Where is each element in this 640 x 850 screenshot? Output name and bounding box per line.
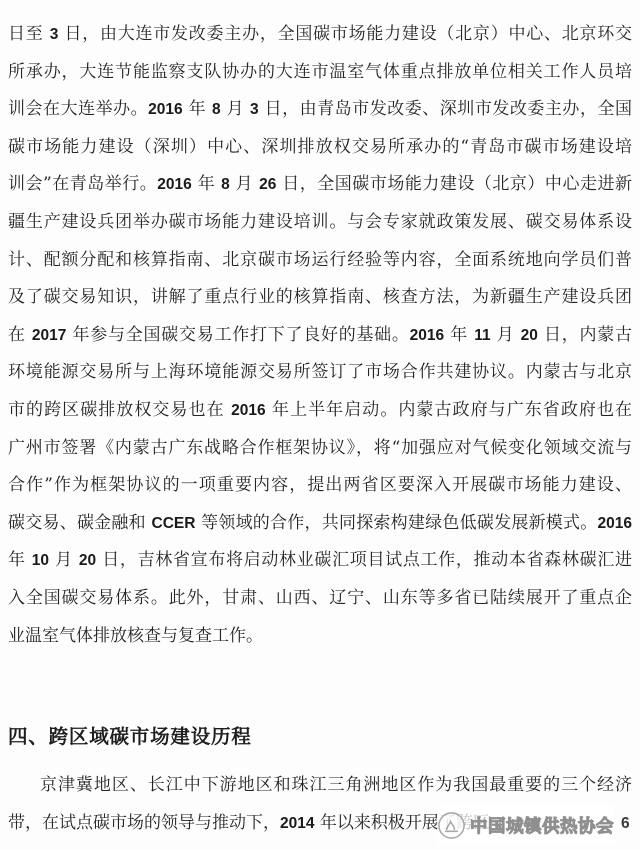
- body-line: 训会在大连举办。2016 年 8 月 3 日，由青岛市发改委、深圳市发改委主办，…: [8, 91, 632, 129]
- body-line: 训会”在青岛举行。2016 年 8 月 26 日，全国碳市场能力建设（北京）中心…: [8, 166, 632, 204]
- paragraph-carbon-market-events: 日至 3 日，由大连市发改委主办，全国碳市场能力建设（北京）中心、北京环交 所承…: [8, 16, 632, 655]
- body-line: 年 10 月 20 日，吉林省宣布将启动林业碳汇项目试点工作，推动本省森林碳汇进: [8, 542, 632, 580]
- body-line: 在 2017 年参与全国碳交易工作打下了良好的基础。2016 年 11 月 20…: [8, 317, 632, 355]
- heating-association-logo-icon: [437, 811, 466, 840]
- body-line: 广州市签署《内蒙古广东战略合作框架协议》，将“加强应对气候变化领域交流与: [8, 430, 632, 468]
- body-line: 碳市场能力建设（深圳）中心、深圳排放权交易所承办的“青岛市碳市场建设培: [8, 129, 632, 167]
- body-line: 环境能源交易所与上海环境能源交易所签订了市场合作共建协议。内蒙古与北京: [8, 354, 632, 392]
- body-line: 业温室气体排放核查与复查工作。: [8, 618, 632, 656]
- obscured-text-fragment: 6: [621, 805, 630, 843]
- watermark-text: 中国城镇供热协会: [470, 813, 614, 838]
- body-line: 京津冀地区、长江中下游地区和珠江三角洲地区作为我国最重要的三个经济: [8, 767, 632, 805]
- document-page: 日至 3 日，由大连市发改委主办，全国碳市场能力建设（北京）中心、北京环交 所承…: [0, 0, 640, 850]
- body-line: 日至 3 日，由大连市发改委主办，全国碳市场能力建设（北京）中心、北京环交: [8, 16, 632, 54]
- body-line: 所承办，大连节能监察支队协办的大连市温室气体重点排放单位相关工作人员培: [8, 54, 632, 92]
- body-line: 疆生产建设兵团举办碳市场能力建设培训。与会专家就政策发展、碳交易体系设: [8, 204, 632, 242]
- document-body: 日至 3 日，由大连市发改委主办，全国碳市场能力建设（北京）中心、北京环交 所承…: [8, 16, 632, 842]
- body-line: 市的跨区碳排放权交易也在 2016 年上半年启动。内蒙古政府与广东省政府也在: [8, 392, 632, 430]
- body-line: 计、配额分配和核算指南、北京碳市场运行经验等内容，全面系统地向学员们普: [8, 242, 632, 280]
- body-line: 及了碳交易知识，讲解了重点行业的核算指南、核查方法，为新疆生产建设兵团: [8, 279, 632, 317]
- watermark: 中国城镇供热协会: [437, 806, 614, 844]
- body-line: 碳交易、碳金融和 CCER 等领域的合作，共同探索构建绿色低碳发展新模式。201…: [8, 505, 632, 543]
- section-heading: 四、跨区域碳市场建设历程: [8, 718, 632, 756]
- body-line: 合作”作为框架协议的一项重要内容，提出两省区要深入开展碳市场能力建设、: [8, 467, 632, 505]
- body-line: 入全国碳交易体系。此外，甘肃、山西、辽宁、山东等多省已陆续展开了重点企: [8, 580, 632, 618]
